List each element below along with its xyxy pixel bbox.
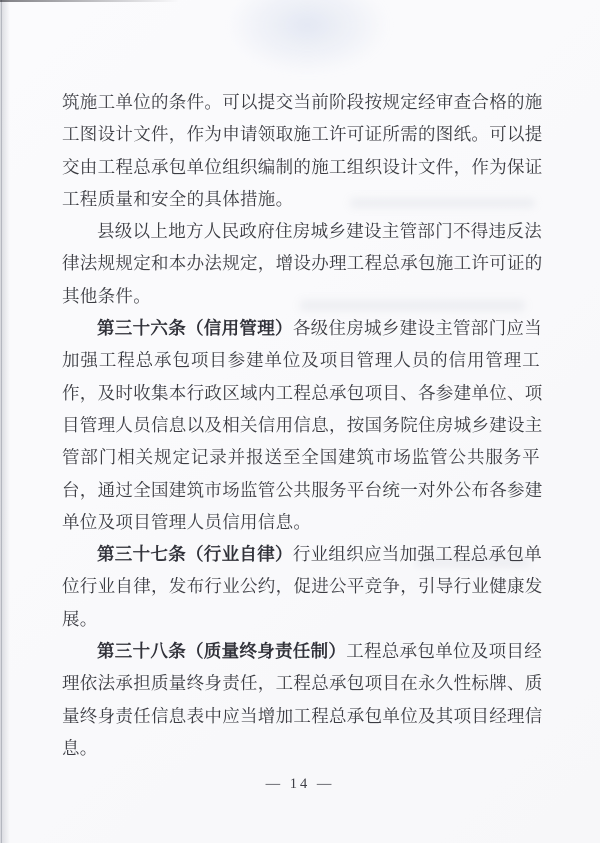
text-line: 作，及时收集本行政区域内工程总承包项目、各参建单位、项 [62,377,540,409]
scan-left-edge-line [1,0,2,843]
text-line: 筑施工单位的条件。可以提交当前阶段按规定经审查合格的施 [62,86,540,118]
text-run: 各级住房城乡建设主管部门应当 [293,318,542,338]
text-line: 县级以上地方人民政府住房城乡建设主管部门不得违反法 [62,215,540,247]
text-line: 单位及项目管理人员信用信息。 [62,506,540,538]
text-line: 工程质量和安全的具体措施。 [62,183,540,215]
paragraph-article-37: 第三十七条（行业自律）行业组织应当加强工程总承包单 位行业自律，发布行业公约，促… [62,538,540,635]
scan-left-edge-shadow [0,0,10,843]
article-38-heading: 第三十八条（质量终身责任制） [97,641,346,661]
scanned-document-page: 筑施工单位的条件。可以提交当前阶段按规定经审查合格的施 工图设计文件，作为申请领… [0,0,600,843]
article-37-heading: 第三十七条（行业自律） [97,544,293,564]
text-line: 量终身责任信息表中应当增加工程总承包单位及其项目经理信 [62,700,540,732]
text-line: 台，通过全国建筑市场监管公共服务平台统一对外公布各参建 [62,474,540,506]
text-line: 律法规规定和本办法规定，增设办理工程总承包施工许可证的 [62,247,540,279]
text-line: 第三十八条（质量终身责任制）工程总承包单位及项目经 [62,635,540,667]
paragraph: 县级以上地方人民政府住房城乡建设主管部门不得违反法 律法规规定和本办法规定，增设… [62,215,540,312]
text-line: 第三十七条（行业自律）行业组织应当加强工程总承包单 [62,538,540,570]
text-line: 理依法承担质量终身责任，工程总承包项目在永久性标牌、质 [62,667,540,699]
text-line: 加强工程总承包项目参建单位及项目管理人员的信用管理工 [62,344,540,376]
text-line: 管部门相关规定记录并报送至全国建筑市场监管公共服务平 [62,441,540,473]
text-line: 展。 [62,603,540,635]
scan-top-edge-line [0,0,180,2]
document-body: 筑施工单位的条件。可以提交当前阶段按规定经审查合格的施 工图设计文件，作为申请领… [62,86,540,764]
text-line: 目管理人员信息以及相关信用信息，按国务院住房城乡建设主 [62,409,540,441]
paragraph-continuation: 筑施工单位的条件。可以提交当前阶段按规定经审查合格的施 工图设计文件，作为申请领… [62,86,540,215]
scan-artifact-blob [225,0,390,75]
text-run: 行业组织应当加强工程总承包单 [293,544,542,564]
text-line: 交由工程总承包单位组织编制的施工组织设计文件，作为保证 [62,151,540,183]
text-line: 息。 [62,732,540,764]
text-line: 其他条件。 [62,280,540,312]
paragraph-article-38: 第三十八条（质量终身责任制）工程总承包单位及项目经 理依法承担质量终身责任，工程… [62,635,540,764]
paragraph-article-36: 第三十六条（信用管理）各级住房城乡建设主管部门应当 加强工程总承包项目参建单位及… [62,312,540,538]
text-line: 位行业自律，发布行业公约，促进公平竞争，引导行业健康发 [62,570,540,602]
text-line: 工图设计文件，作为申请领取施工许可证所需的图纸。可以提 [62,118,540,150]
text-run: 工程总承包单位及项目经 [346,641,542,661]
page-number: — 14 — [0,776,600,793]
text-line: 第三十六条（信用管理）各级住房城乡建设主管部门应当 [62,312,540,344]
article-36-heading: 第三十六条（信用管理） [97,318,293,338]
